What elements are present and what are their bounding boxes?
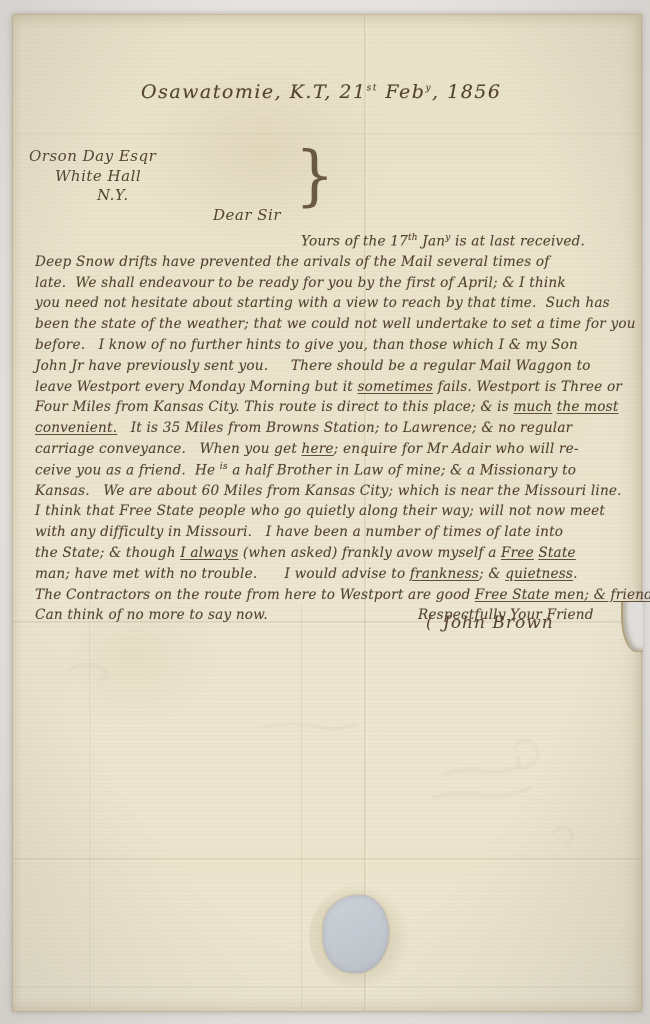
- letter-line: carriage conveyance. When you get here; …: [35, 441, 579, 457]
- letter-line: been the state of the weather; that we c…: [35, 316, 636, 332]
- letter-text-segment: been the state of the weather; that we c…: [35, 316, 636, 332]
- letter-line: Deep Snow drifts have prevented the ariv…: [35, 254, 550, 270]
- letter-text-segment: convenient.: [35, 420, 117, 436]
- fold-crease-horizontal: [13, 986, 641, 989]
- letter-text-segment: Free: [501, 545, 534, 561]
- letter-text-segment: Deep Snow drifts have prevented the ariv…: [35, 254, 550, 270]
- letter-text-segment: Jan: [418, 234, 445, 250]
- letter-line: I think that Free State people who go qu…: [35, 503, 605, 519]
- letter-text-segment: st: [367, 84, 378, 94]
- letter-line: Kansas. We are about 60 Miles from Kansa…: [35, 483, 622, 499]
- letter-text-segment: State: [538, 545, 575, 561]
- address-brace: }: [295, 137, 334, 214]
- letter-text-segment: quietness: [505, 566, 573, 582]
- letter-line: The Contractors on the route from here t…: [35, 587, 650, 603]
- letter-text-segment: late. We shall endeavour to be ready for…: [35, 275, 566, 291]
- letter-text-segment: the most: [557, 399, 619, 415]
- letter-text-segment: leave Westport every Monday Morning but …: [35, 379, 357, 395]
- letter-line: late. We shall endeavour to be ready for…: [35, 275, 566, 291]
- letter-text-segment: Kansas. We are about 60 Miles from Kansa…: [35, 483, 622, 499]
- fold-crease-horizontal: [13, 858, 641, 861]
- letter-text-segment: before. I know of no further hints to gi…: [35, 337, 578, 353]
- letter-text-segment: frankness: [410, 566, 479, 582]
- letter-text-segment: , 1856: [432, 81, 501, 103]
- letter-text-segment: Osawatomie, K.T, 21: [141, 81, 367, 103]
- letter-text-segment: I think that Free State people who go qu…: [35, 503, 605, 519]
- letter-line: the State; & though I always (when asked…: [35, 545, 576, 561]
- letter-text-segment: John Jr have previously sent you. There …: [35, 358, 591, 374]
- letter-text-segment: ; &: [479, 566, 505, 582]
- recipient-city: White Hall: [55, 167, 141, 185]
- seal-residue-blob: [323, 895, 389, 973]
- letter-line: ceive you as a friend. He is a half Brot…: [35, 462, 576, 479]
- letter-scan: Osawatomie, K.T, 21st Feby, 1856 Orson D…: [0, 0, 650, 1024]
- signature: John Brown: [443, 613, 554, 633]
- fold-crease-horizontal: [13, 133, 641, 136]
- recipient-name: Orson Day Esqr: [29, 147, 156, 165]
- letter-text-segment: .: [573, 566, 578, 582]
- letter-text-segment: Yours of the 17: [301, 234, 408, 250]
- letter-line: John Jr have previously sent you. There …: [35, 358, 591, 374]
- letter-text-segment: is at last received.: [451, 234, 586, 250]
- fold-crease-vertical: [301, 605, 304, 1011]
- letter-text-segment: fails. Westport is Three or: [433, 379, 622, 395]
- letter-line: you need not hesitate about starting wit…: [35, 295, 610, 311]
- letter-text-segment: you need not hesitate about starting wit…: [35, 295, 610, 311]
- signature-flourish: (: [426, 613, 432, 632]
- letter-line: Yours of the 17th Jany is at last receiv…: [301, 233, 585, 250]
- letter-text-segment: Four Miles from Kansas City. This route …: [35, 399, 513, 415]
- letter-text-segment: much: [513, 399, 552, 415]
- letter-paper: Osawatomie, K.T, 21st Feby, 1856 Orson D…: [12, 14, 642, 1012]
- letter-text-segment: Can think of no more to say now.: [35, 607, 268, 623]
- letter-text-segment: The Contractors on the route from here t…: [35, 587, 475, 603]
- letter-line: with any difficulty in Missouri. I have …: [35, 524, 563, 540]
- letter-line: before. I know of no further hints to gi…: [35, 337, 578, 353]
- letter-text-segment: carriage conveyance. When you get: [35, 441, 302, 457]
- letter-text-segment: (when asked) frankly avow myself a: [238, 545, 501, 561]
- letter-text-segment: I always: [180, 545, 238, 561]
- letter-line: man; have met with no trouble. I would a…: [35, 566, 578, 582]
- letter-line: leave Westport every Monday Morning but …: [35, 379, 622, 395]
- salutation: Dear Sir: [213, 206, 281, 224]
- letter-line: Four Miles from Kansas City. This route …: [35, 399, 619, 415]
- letter-text-segment: is: [220, 462, 228, 472]
- letter-text-segment: man; have met with no trouble. I would a…: [35, 566, 410, 582]
- letter-text-segment: th: [408, 233, 418, 243]
- fold-crease-vertical: [89, 575, 92, 1011]
- letter-text-segment: with any difficulty in Missouri. I have …: [35, 524, 563, 540]
- letter-text-segment: a half Brother in Law of mine; & a Missi…: [228, 462, 576, 478]
- letter-text-segment: here: [302, 441, 334, 457]
- dateline: Osawatomie, K.T, 21st Feby, 1856: [141, 81, 501, 103]
- recipient-state: N.Y.: [97, 186, 129, 204]
- letter-text-segment: ceive you as a friend. He: [35, 462, 220, 478]
- letter-text-segment: sometimes: [357, 379, 433, 395]
- letter-text-segment: the State; & though: [35, 545, 180, 561]
- letter-text-segment: It is 35 Miles from Browns Station; to L…: [117, 420, 572, 436]
- letter-text-segment: ; enquire for Mr Adair who will re-: [334, 441, 579, 457]
- letter-line: convenient. It is 35 Miles from Browns S…: [35, 420, 572, 436]
- paper-edge-notch: [621, 601, 643, 652]
- letter-text-segment: Free State men; & friends.: [475, 587, 650, 603]
- letter-text-segment: Feb: [378, 81, 426, 103]
